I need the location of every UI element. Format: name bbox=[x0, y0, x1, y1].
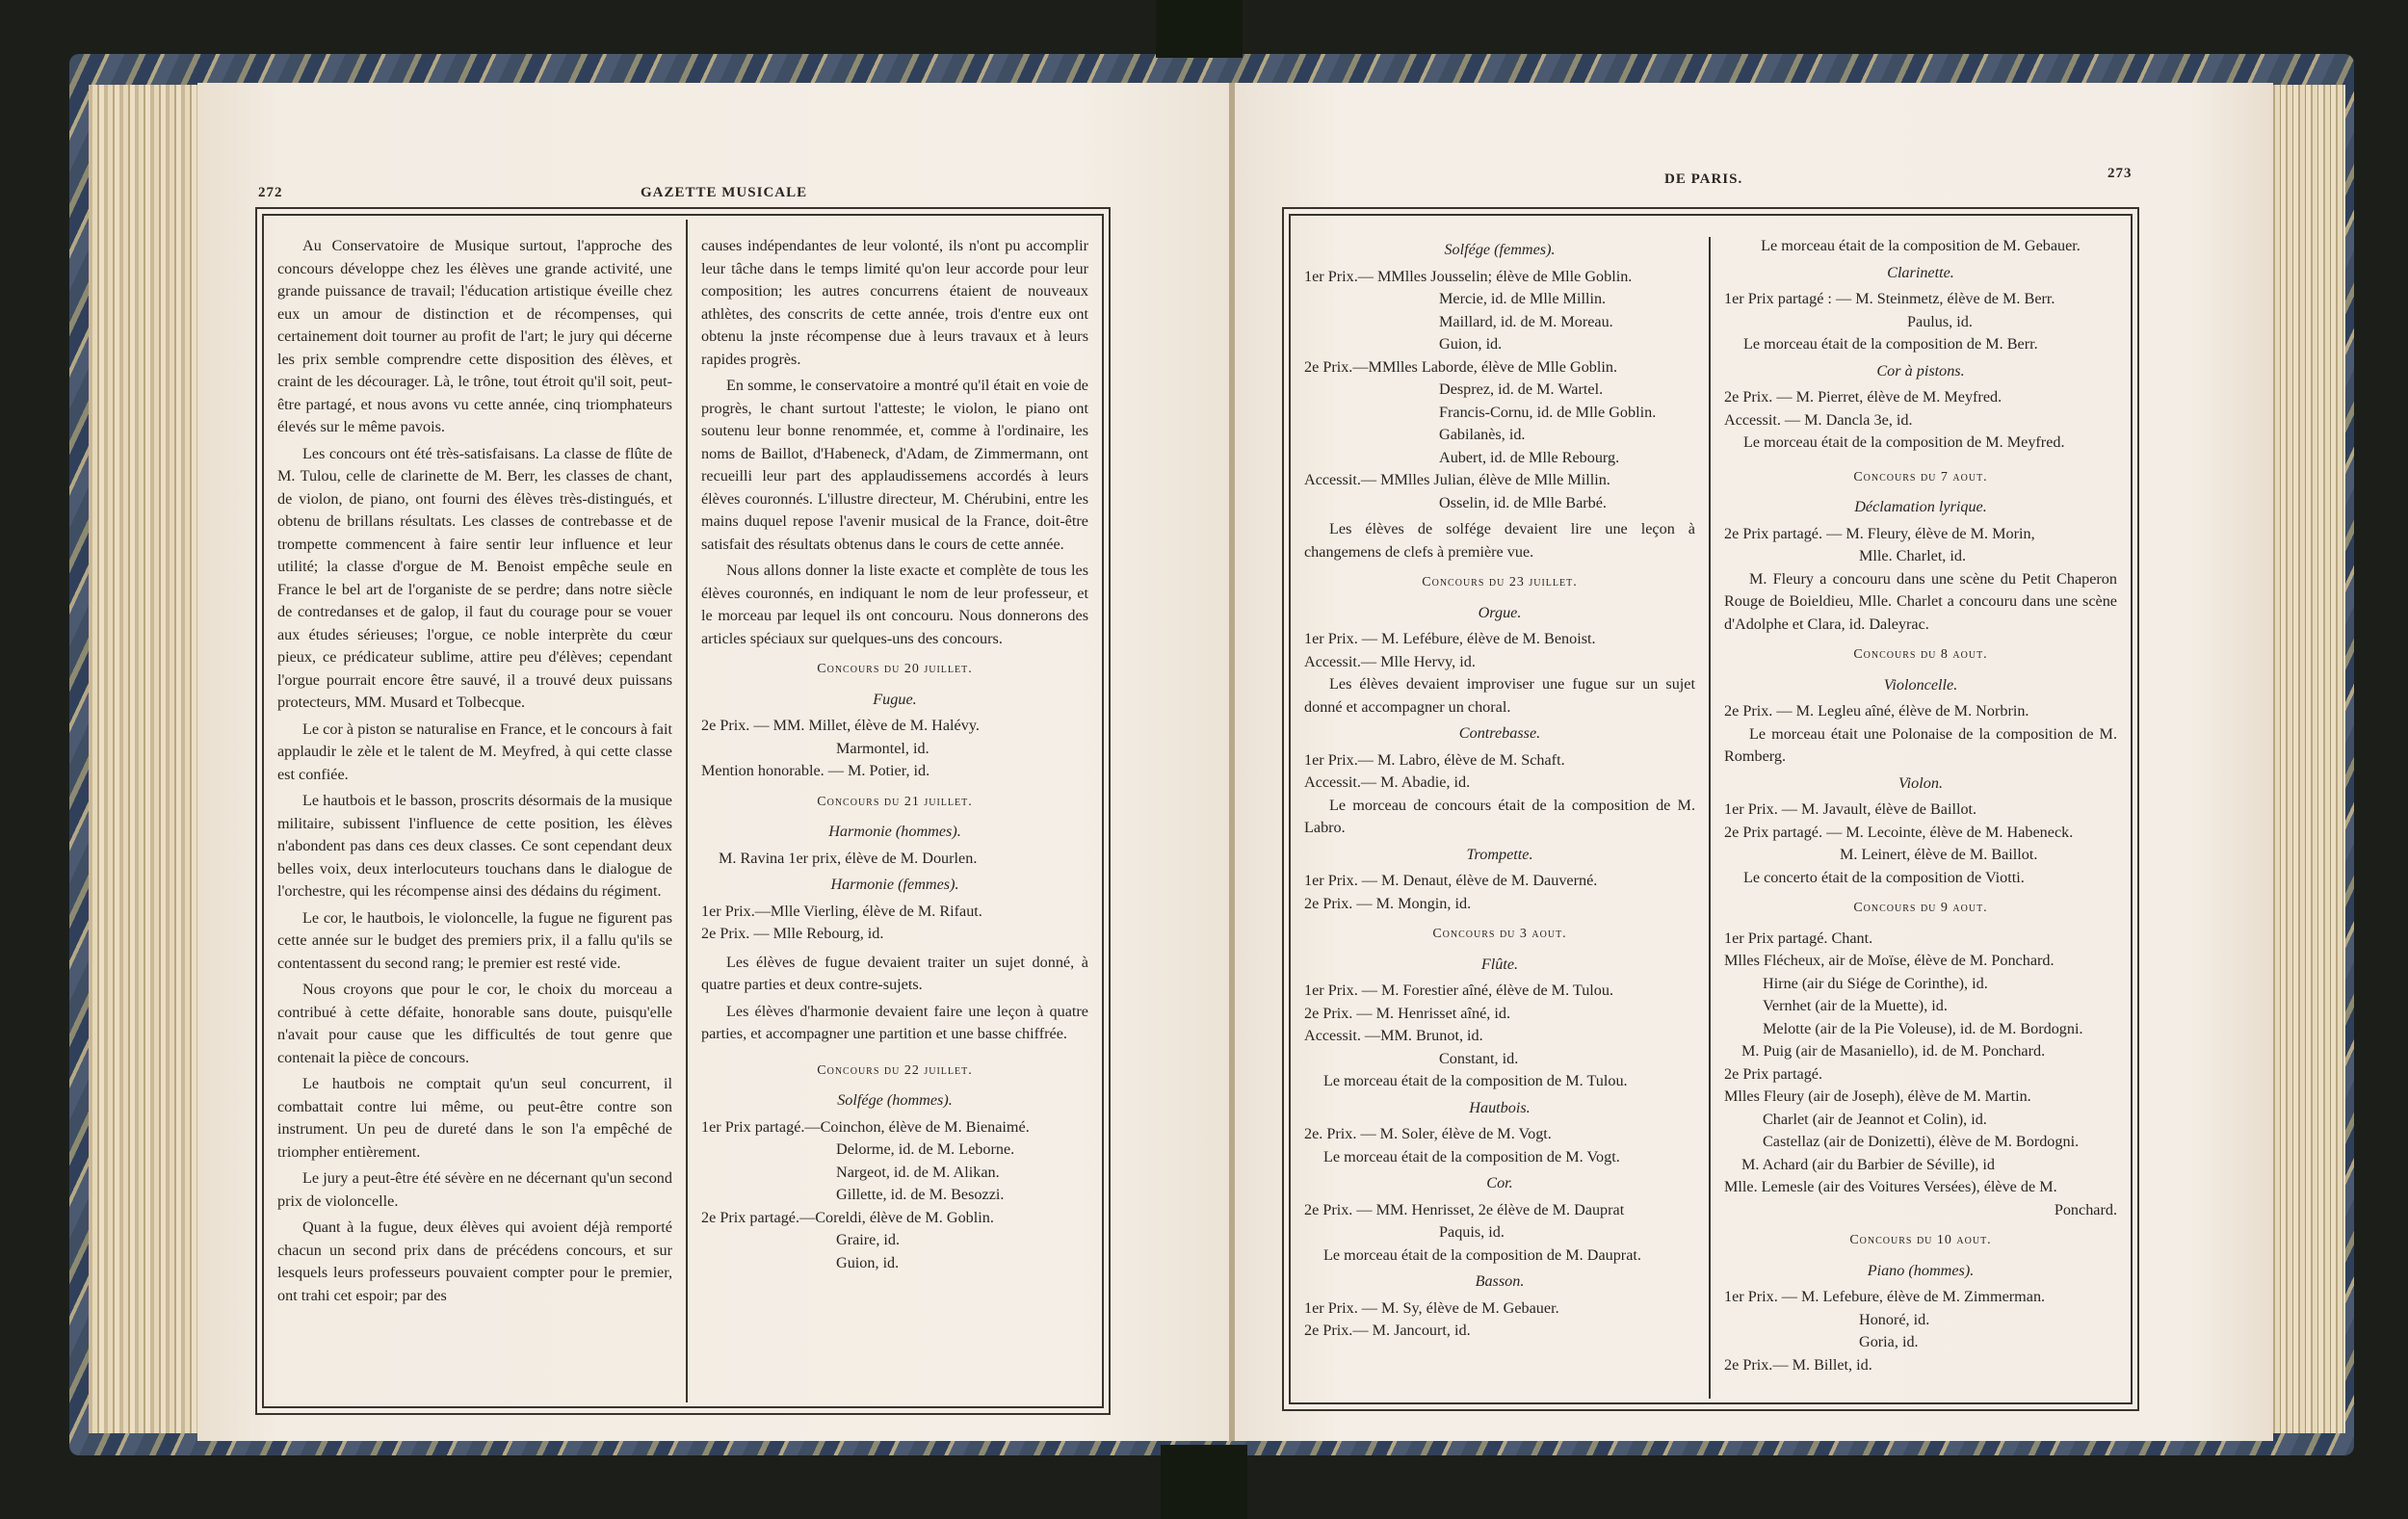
award-line: 2e Prix.—MMlles Laborde, élève de Mlle G… bbox=[1304, 356, 1695, 380]
award-line: Marmontel, id. bbox=[701, 738, 1088, 761]
page-edges-left bbox=[89, 85, 204, 1433]
award-line: 1er Prix. — M. Javault, élève de Baillot… bbox=[1724, 799, 2117, 822]
award-line: Guion, id. bbox=[701, 1252, 1088, 1275]
award-line: 2e Prix. — MM. Henrisset, 2e élève de M.… bbox=[1304, 1199, 1695, 1222]
award-line: 2e Prix. — M. Pierret, élève de M. Meyfr… bbox=[1724, 386, 2117, 409]
award-line: M. Achard (air du Barbier de Séville), i… bbox=[1724, 1154, 2117, 1177]
award-line: Mlle. Charlet, id. bbox=[1724, 545, 2117, 568]
award-line: M. Ravina 1er prix, élève de M. Dourlen. bbox=[701, 848, 1088, 871]
subsection-heading: Basson. bbox=[1304, 1270, 1695, 1294]
paragraph: En somme, le conservatoire a montré qu'i… bbox=[701, 375, 1088, 556]
award-line: Charlet (air de Jeannot et Colin), id. bbox=[1724, 1109, 2117, 1132]
award-line: 2e Prix. — M. Mongin, id. bbox=[1304, 893, 1695, 916]
award-line: Nargeot, id. de M. Alikan. bbox=[701, 1162, 1088, 1185]
award-line: 2e Prix. — Mlle Rebourg, id. bbox=[701, 923, 1088, 946]
award-line: 2e Prix. — MM. Millet, élève de M. Halév… bbox=[701, 715, 1088, 738]
award-line: Osselin, id. de Mlle Barbé. bbox=[1304, 492, 1695, 515]
right-col-1: Solfége (femmes). 1er Prix.— MMlles Jous… bbox=[1291, 216, 1709, 1402]
subsection-heading: Cor à pistons. bbox=[1724, 360, 2117, 383]
subsection-heading: Hautbois. bbox=[1304, 1097, 1695, 1120]
subsection-heading: Solfége (hommes). bbox=[701, 1089, 1088, 1113]
subsection-heading: Violon. bbox=[1724, 773, 2117, 796]
section-heading: Concours du 20 juillet. bbox=[701, 658, 1088, 681]
award-line: 1er Prix partagé. Chant. bbox=[1724, 928, 2117, 951]
subsection-heading: Déclamation lyrique. bbox=[1724, 496, 2117, 519]
paragraph: Nous allons donner la liste exacte et co… bbox=[701, 560, 1088, 650]
running-head-right: DE PARIS. bbox=[1664, 171, 1742, 188]
subsection-heading: Contrebasse. bbox=[1304, 722, 1695, 746]
award-line: 2e. Prix. — M. Soler, élève de M. Vogt. bbox=[1304, 1123, 1695, 1146]
subsection-heading: Cor. bbox=[1304, 1172, 1695, 1195]
left-page-frame: Au Conservatoire de Musique surtout, l'a… bbox=[262, 214, 1104, 1408]
subsection-heading: Violoncelle. bbox=[1724, 674, 2117, 697]
award-line: Mention honorable. — M. Potier, id. bbox=[701, 760, 1088, 783]
award-line: Castellaz (air de Donizetti), élève de M… bbox=[1724, 1131, 2117, 1154]
award-line: 1er Prix partagé : — M. Steinmetz, élève… bbox=[1724, 288, 2117, 311]
award-line: Vernhet (air de la Muette), id. bbox=[1724, 995, 2117, 1018]
paragraph: Le hautbois et le basson, proscrits déso… bbox=[277, 790, 672, 904]
award-line: Accessit. —MM. Brunot, id. bbox=[1304, 1025, 1695, 1048]
award-line: 2e Prix. — M. Henrisset aîné, id. bbox=[1304, 1003, 1695, 1026]
award-line: 2e Prix. — M. Legleu aîné, élève de M. N… bbox=[1724, 700, 2117, 723]
award-line: 2e Prix partagé. — M. Fleury, élève de M… bbox=[1724, 523, 2117, 546]
paragraph: Les élèves devaient improviser une fugue… bbox=[1304, 673, 1695, 719]
running-head-left: GAZETTE MUSICALE bbox=[641, 185, 807, 201]
composer-note: Le concerto était de la composition de V… bbox=[1724, 867, 2117, 890]
award-line: Paulus, id. bbox=[1724, 311, 2117, 334]
subsection-heading: Solfége (femmes). bbox=[1304, 239, 1695, 262]
award-line: 1er Prix.— M. Labro, élève de M. Schaft. bbox=[1304, 749, 1695, 773]
paragraph: M. Fleury a concouru dans une scène du P… bbox=[1724, 568, 2117, 637]
award-line: Mlles Flécheux, air de Moïse, élève de M… bbox=[1724, 950, 2117, 973]
award-line: 2e Prix.— M. Billet, id. bbox=[1724, 1354, 2117, 1377]
paragraph: Quant à la fugue, deux élèves qui avoien… bbox=[277, 1217, 672, 1307]
page-number-left: 272 bbox=[258, 185, 283, 201]
paragraph: Au Conservatoire de Musique surtout, l'a… bbox=[277, 235, 672, 439]
composer-note: Le morceau était de la composition de M.… bbox=[1304, 1244, 1695, 1268]
award-line: Mercie, id. de Mlle Millin. bbox=[1304, 288, 1695, 311]
award-line: Goria, id. bbox=[1724, 1331, 2117, 1354]
award-line: Desprez, id. de M. Wartel. bbox=[1304, 379, 1695, 402]
composer-note: Le morceau était de la composition de M.… bbox=[1724, 333, 2117, 356]
award-line: Maillard, id. de M. Moreau. bbox=[1304, 311, 1695, 334]
award-line: M. Puig (air de Masaniello), id. de M. P… bbox=[1724, 1040, 2117, 1063]
award-line: Accessit.— M. Abadie, id. bbox=[1304, 772, 1695, 795]
award-line: 1er Prix. — M. Denaut, élève de M. Dauve… bbox=[1304, 870, 1695, 893]
award-line: Accessit. — M. Dancla 3e, id. bbox=[1724, 409, 2117, 432]
subsection-heading: Harmonie (hommes). bbox=[701, 821, 1088, 844]
award-line: 1er Prix. — M. Lefébure, élève de M. Ben… bbox=[1304, 628, 1695, 651]
award-line: 1er Prix. — M. Forestier aîné, élève de … bbox=[1304, 980, 1695, 1003]
paragraph: Les concours ont été très-satisfaisans. … bbox=[277, 443, 672, 715]
award-line: 2e Prix partagé.—Coreldi, élève de M. Go… bbox=[701, 1207, 1088, 1230]
award-line: Gabilanès, id. bbox=[1304, 424, 1695, 447]
award-line: Constant, id. bbox=[1304, 1048, 1695, 1071]
award-line: 2e Prix partagé. — M. Lecointe, élève de… bbox=[1724, 822, 2117, 845]
composer-note: Le morceau était de la composition de M.… bbox=[1304, 1070, 1695, 1093]
composer-note: Le morceau était de la composition de M.… bbox=[1304, 1146, 1695, 1169]
paragraph: Le hautbois ne comptait qu'un seul concu… bbox=[277, 1073, 672, 1164]
paragraph: causes indépendantes de leur volonté, il… bbox=[701, 235, 1088, 371]
subsection-heading: Clarinette. bbox=[1724, 262, 2117, 285]
composer-note: Le morceau était de la composition de M.… bbox=[1724, 432, 2117, 455]
paragraph: Nous croyons que pour le cor, le choix d… bbox=[277, 979, 672, 1069]
paragraph: Les élèves de solfége devaient lire une … bbox=[1304, 518, 1695, 563]
award-line: 1er Prix partagé.—Coinchon, élève de M. … bbox=[701, 1116, 1088, 1139]
award-line: Accessit.— Mlle Hervy, id. bbox=[1304, 651, 1695, 674]
award-line: 2e Prix.— M. Jancourt, id. bbox=[1304, 1320, 1695, 1343]
section-heading: Concours du 10 aout. bbox=[1724, 1229, 2117, 1252]
award-line: Gillette, id. de M. Besozzi. bbox=[701, 1184, 1088, 1207]
subsection-heading: Piano (hommes). bbox=[1724, 1260, 2117, 1283]
paragraph: Le cor, le hautbois, le violoncelle, la … bbox=[277, 907, 672, 976]
paragraph: Le morceau était une Polonaise de la com… bbox=[1724, 723, 2117, 769]
subsection-heading: Flûte. bbox=[1304, 954, 1695, 977]
paragraph: Les élèves de fugue devaient traiter un … bbox=[701, 952, 1088, 997]
award-line: Hirne (air du Siége de Corinthe), id. bbox=[1724, 973, 2117, 996]
section-heading: Concours du 7 aout. bbox=[1724, 466, 2117, 489]
award-line: 1er Prix.—Mlle Vierling, élève de M. Rif… bbox=[701, 901, 1088, 924]
award-line: Mlle. Lemesle (air des Voitures Versées)… bbox=[1724, 1176, 2117, 1199]
spine-top bbox=[1156, 0, 1243, 58]
award-line: Francis-Cornu, id. de Mlle Goblin. bbox=[1304, 402, 1695, 425]
subsection-heading: Trompette. bbox=[1304, 844, 1695, 867]
section-heading: Concours du 22 juillet. bbox=[701, 1060, 1088, 1083]
paragraph: Le jury a peut-être été sévère en ne déc… bbox=[277, 1167, 672, 1213]
paragraph: Le morceau de concours était de la compo… bbox=[1304, 795, 1695, 840]
paragraph: Le cor à piston se naturalise en France,… bbox=[277, 719, 672, 787]
award-line: Paquis, id. bbox=[1304, 1221, 1695, 1244]
award-line: Accessit.— MMlles Julian, élève de Mlle … bbox=[1304, 469, 1695, 492]
award-line: 1er Prix. — M. Sy, élève de M. Gebauer. bbox=[1304, 1297, 1695, 1321]
paragraph: Les élèves d'harmonie devaient faire une… bbox=[701, 1001, 1088, 1046]
section-heading: Concours du 21 juillet. bbox=[701, 791, 1088, 814]
award-line: Mlles Fleury (air de Joseph), élève de M… bbox=[1724, 1086, 2117, 1109]
award-line: 2e Prix partagé. bbox=[1724, 1063, 2117, 1087]
right-page-frame: Solfége (femmes). 1er Prix.— MMlles Jous… bbox=[1289, 214, 2133, 1404]
award-line: Guion, id. bbox=[1304, 333, 1695, 356]
left-col-1: Au Conservatoire de Musique surtout, l'a… bbox=[264, 216, 686, 1406]
award-line: 1er Prix.— MMlles Jousselin; élève de Ml… bbox=[1304, 266, 1695, 289]
award-line: Aubert, id. de Mlle Rebourg. bbox=[1304, 447, 1695, 470]
left-col-2: causes indépendantes de leur volonté, il… bbox=[688, 216, 1102, 1406]
subsection-heading: Harmonie (femmes). bbox=[701, 874, 1088, 897]
award-line: Delorme, id. de M. Leborne. bbox=[701, 1139, 1088, 1162]
award-line: Graire, id. bbox=[701, 1229, 1088, 1252]
award-line: Ponchard. bbox=[1724, 1199, 2117, 1222]
spine-bottom bbox=[1161, 1445, 1247, 1519]
award-line: M. Leinert, élève de M. Baillot. bbox=[1724, 844, 2117, 867]
right-col-2: Le morceau était de la composition de M.… bbox=[1711, 216, 2131, 1402]
award-line: Honoré, id. bbox=[1724, 1309, 2117, 1332]
award-line: 1er Prix. — M. Lefebure, élève de M. Zim… bbox=[1724, 1286, 2117, 1309]
section-heading: Concours du 8 aout. bbox=[1724, 643, 2117, 667]
subsection-heading: Fugue. bbox=[701, 689, 1088, 712]
award-line: Melotte (air de la Pie Voleuse), id. de … bbox=[1724, 1018, 2117, 1041]
page-edges-right bbox=[2268, 85, 2345, 1433]
composer-note: Le morceau était de la composition de M.… bbox=[1724, 235, 2117, 258]
section-heading: Concours du 23 juillet. bbox=[1304, 571, 1695, 594]
subsection-heading: Orgue. bbox=[1304, 602, 1695, 625]
section-heading: Concours du 9 aout. bbox=[1724, 897, 2117, 920]
page-number-right: 273 bbox=[2107, 166, 2133, 182]
section-heading: Concours du 3 aout. bbox=[1304, 923, 1695, 946]
